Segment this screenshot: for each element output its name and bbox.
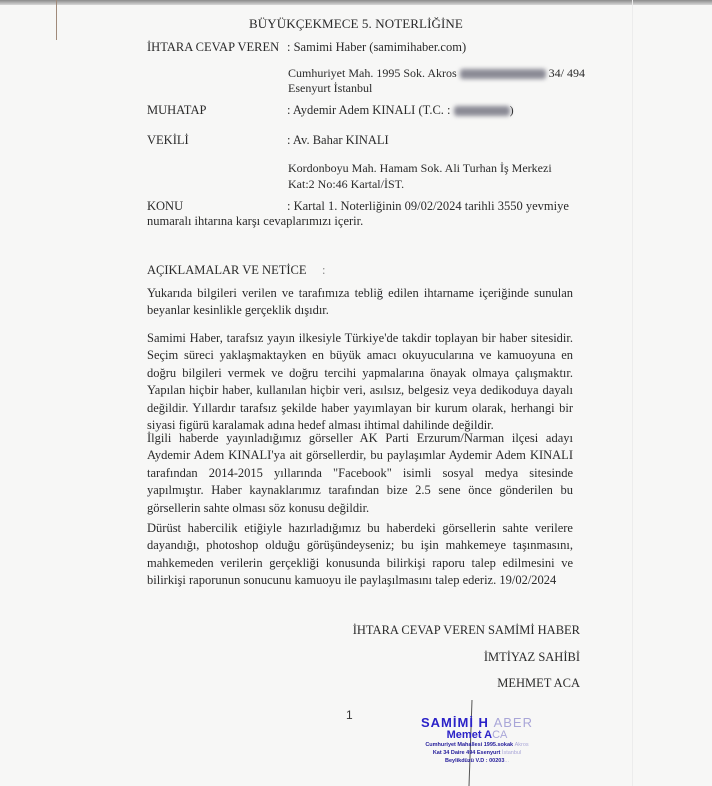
respondent-address-line-2: Esenyurt İstanbul — [288, 81, 372, 96]
subject-value: : Kartal 1. Noterliğinin 09/02/2024 tari… — [287, 199, 569, 214]
scanned-document-page: BÜYÜKÇEKMECE 5. NOTERLİĞİNE İHTARA CEVAP… — [0, 0, 712, 786]
paragraph-4: Dürüst habercilik etiğiyle hazırladığımı… — [147, 520, 573, 590]
stamp-line-4: Kat 34 Daire 494 Esenyurt İstanbul — [412, 749, 542, 757]
respondent-address-part-b: 34/ 494 — [549, 66, 585, 80]
signature-line-2: İMTİYAZ SAHİBİ — [484, 650, 580, 665]
signature-line-1: İHTARA CEVAP VEREN SAMİMİ HABER — [353, 623, 580, 638]
attorney-value: : Av. Bahar KINALI — [287, 133, 389, 148]
company-stamp: SAMİMİ H ABER Memet ACA Cumhuriyet Mahal… — [412, 716, 542, 765]
addressee-label: MUHATAP — [147, 103, 206, 118]
signature-name: MEHMET ACA — [497, 676, 580, 691]
attorney-address-line-2: Kat:2 No:46 Kartal/İST. — [288, 177, 404, 192]
page-right-edge — [632, 0, 633, 786]
paragraph-2: Samimi Haber, tarafsız yayın ilkesiyle T… — [147, 330, 573, 434]
respondent-value: : Samimi Haber (samimihaber.com) — [287, 40, 466, 55]
stamp-line-2: Memet ACA — [412, 729, 542, 741]
stamp-line-1: SAMİMİ H ABER — [412, 716, 542, 729]
addressee-value: : Aydemir Adem KINALI (T.C. : — [287, 103, 451, 117]
paragraph-1: Yukarıda bilgileri verilen ve tarafımıza… — [147, 285, 573, 320]
attorney-label: VEKİLİ — [147, 133, 189, 148]
respondent-address-part-a: Cumhuriyet Mah. 1995 Sok. Akros — [288, 66, 457, 80]
subject-value-continued: numaralı ihtarına karşı cevaplarımızı iç… — [147, 214, 363, 229]
section-heading-colon: : — [322, 263, 325, 278]
section-heading: AÇIKLAMALAR VE NETİCE — [147, 263, 306, 278]
scan-top-shadow — [0, 0, 712, 5]
subject-label: KONU — [147, 199, 183, 214]
attorney-address-line-1: Kordonboyu Mah. Hamam Sok. Ali Turhan İş… — [288, 161, 552, 176]
paragraph-3: İlgili haberde yayınladığımız görseller … — [147, 430, 573, 517]
redacted-text — [460, 69, 546, 79]
respondent-address-line-1: Cumhuriyet Mah. 1995 Sok. Akros 34/ 494 — [288, 66, 585, 81]
respondent-label: İHTARA CEVAP VEREN — [147, 40, 279, 55]
stamp-line-5: Beylikdüzü V.D : 00203... — [412, 757, 542, 765]
redacted-id-number — [454, 106, 510, 116]
document-title: BÜYÜKÇEKMECE 5. NOTERLİĞİNE — [0, 16, 712, 32]
addressee-value-row: : Aydemir Adem KINALI (T.C. : ) — [287, 103, 514, 118]
stamp-line-3: Cumhuriyet Mahallesi 1995.sokak Akros — [412, 741, 542, 749]
page-number: 1 — [346, 708, 353, 722]
